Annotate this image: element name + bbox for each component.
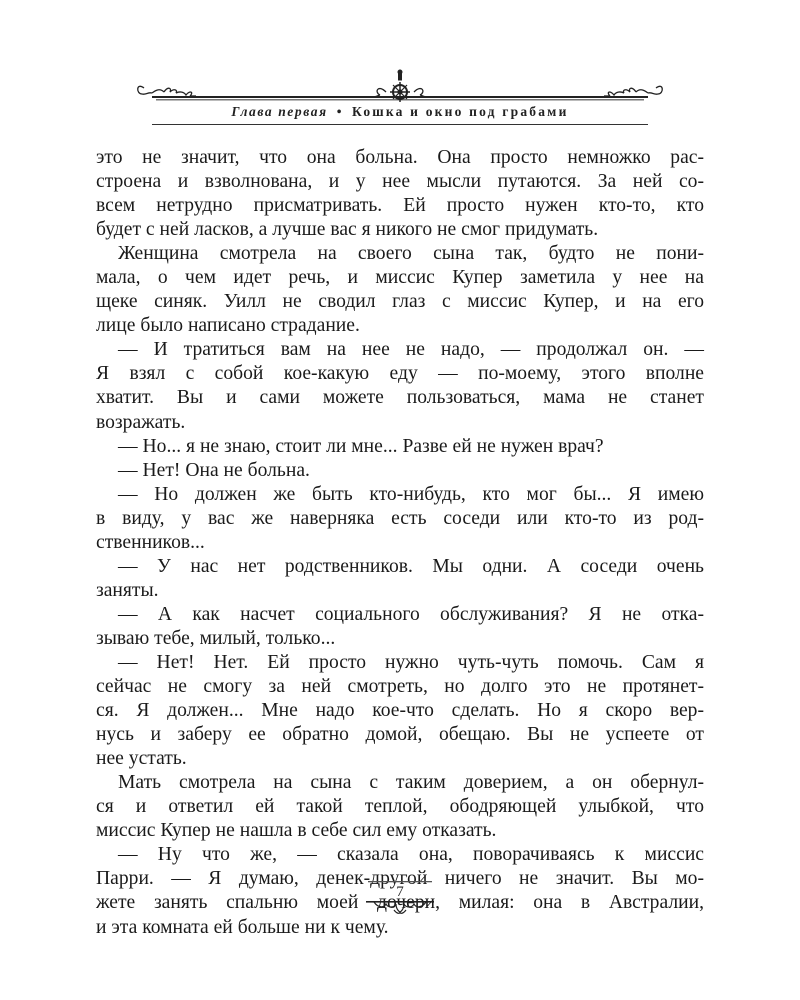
chapter-title: Кошка и окно под грабами: [352, 104, 569, 119]
text-line: сейчас не смогу за ней смотреть, но долг…: [96, 675, 704, 699]
flourish-left-icon: [138, 86, 196, 96]
text-line: миссис Купер не нашла в себе сил ему отк…: [96, 819, 704, 843]
text-line: будет с ней ласков, а лучше вас я никого…: [96, 218, 704, 242]
text-line: это не значит, что она больна. Она прост…: [96, 146, 704, 170]
chapter-label: Глава первая: [231, 104, 327, 119]
text-line: нее устать.: [96, 747, 704, 771]
text-line: Я взял с собой кое-какую еду — по-моему,…: [96, 362, 704, 386]
text-line: возражать.: [96, 411, 704, 435]
text-line: хватит. Вы и сами можете пользоваться, м…: [96, 386, 704, 410]
text-line: строена и взволнована, и у нее мысли пут…: [96, 170, 704, 194]
text-line: ся. Я должен... Мне надо кое-что сделать…: [96, 699, 704, 723]
page-body: это не значит, что она больна. Она прост…: [96, 146, 704, 940]
text-line: мала, о чем идет речь, и миссис Купер за…: [96, 266, 704, 290]
flourish-icon: [374, 902, 426, 913]
page-footer: 7: [360, 880, 440, 920]
text-line: зываю тебе, милый, только...: [96, 627, 704, 651]
text-line: — Ну что же, — сказала она, поворачиваяс…: [96, 843, 704, 867]
text-line: лице было написано страдание.: [96, 314, 704, 338]
text-line: — А как насчет социального обслуживания?…: [96, 603, 704, 627]
separator-bullet: •: [337, 104, 343, 119]
text-line: Мать смотрела на сына с таким доверием, …: [96, 771, 704, 795]
text-line: — И тратиться вам на нее не надо, — прод…: [96, 338, 704, 362]
text-line: всем нетрудно присматривать. Ей просто н…: [96, 194, 704, 218]
text-line: — Но... я не знаю, стоит ли мне... Разве…: [96, 435, 704, 459]
text-line: нусь и заберу ее обратно домой, обещаю. …: [96, 723, 704, 747]
text-line: ственников...: [96, 531, 704, 555]
text-line: — Но должен же быть кто-нибудь, кто мог …: [96, 483, 704, 507]
page-number: 7: [360, 884, 440, 901]
flourish-right-icon: [604, 86, 662, 96]
text-line: Женщина смотрела на своего сына так, буд…: [96, 242, 704, 266]
text-line: щеке синяк. Уилл не сводил глаз с миссис…: [96, 290, 704, 314]
text-line: — Нет! Она не больна.: [96, 459, 704, 483]
text-line: — Нет! Нет. Ей просто нужно чуть-чуть по…: [96, 651, 704, 675]
text-line: ся и ответил ей такой теплой, ободряющей…: [96, 795, 704, 819]
text-line: в виду, у вас же наверняка есть соседи и…: [96, 507, 704, 531]
text-line: — У нас нет родственников. Мы одни. А со…: [96, 555, 704, 579]
page-header: Глава первая • Кошка и окно под грабами: [130, 68, 670, 128]
running-head: Глава первая • Кошка и окно под грабами: [130, 104, 670, 120]
text-line: заняты.: [96, 579, 704, 603]
